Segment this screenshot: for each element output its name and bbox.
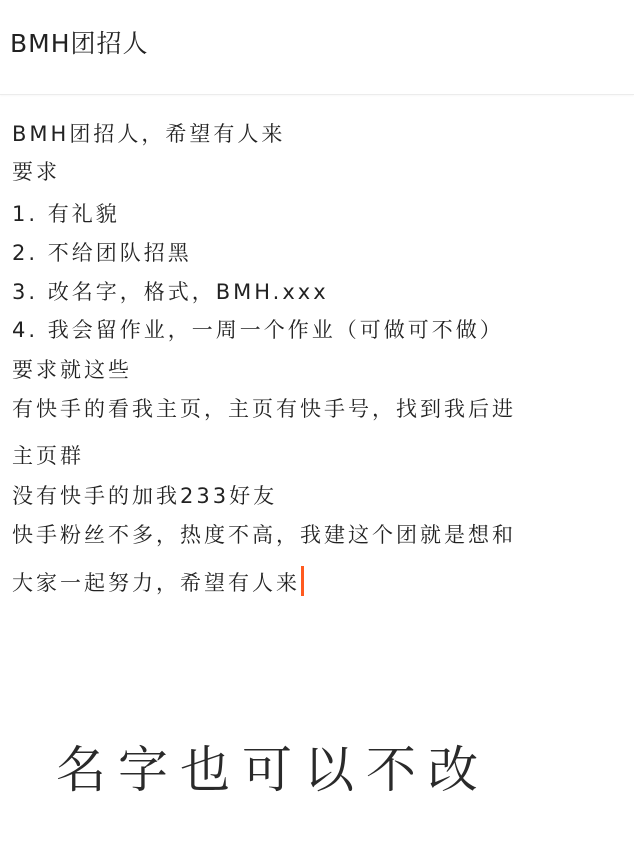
text-line: 主页群 [12,440,84,470]
text-line: BMH团招人，希望有人来 [12,118,285,148]
text-line: 快手粉丝不多，热度不高，我建这个团就是想和 [12,519,516,549]
text-line: 没有快手的加我233好友 [12,480,277,510]
text-line: 要求 [12,156,60,186]
text-line: 2. 不给团队招黑 [12,237,192,267]
text-line-last: 大家一起努力，希望有人来 [12,566,304,597]
note-title-bar: BMH团招人 [0,0,634,95]
note-title[interactable]: BMH团招人 [10,28,149,60]
text-line: 1. 有礼貌 [12,198,120,228]
text-line: 要求就这些 [12,354,132,384]
overlay-caption: 名字也可以不改 [56,730,490,802]
text-line: 有快手的看我主页，主页有快手号，找到我后进 [12,393,516,423]
text-line: 4. 我会留作业，一周一个作业（可做可不做） [12,314,504,344]
text-line-content: 大家一起努力，希望有人来 [12,571,300,595]
text-cursor [301,566,304,596]
text-line: 3. 改名字，格式，BMH.xxx [12,276,329,306]
